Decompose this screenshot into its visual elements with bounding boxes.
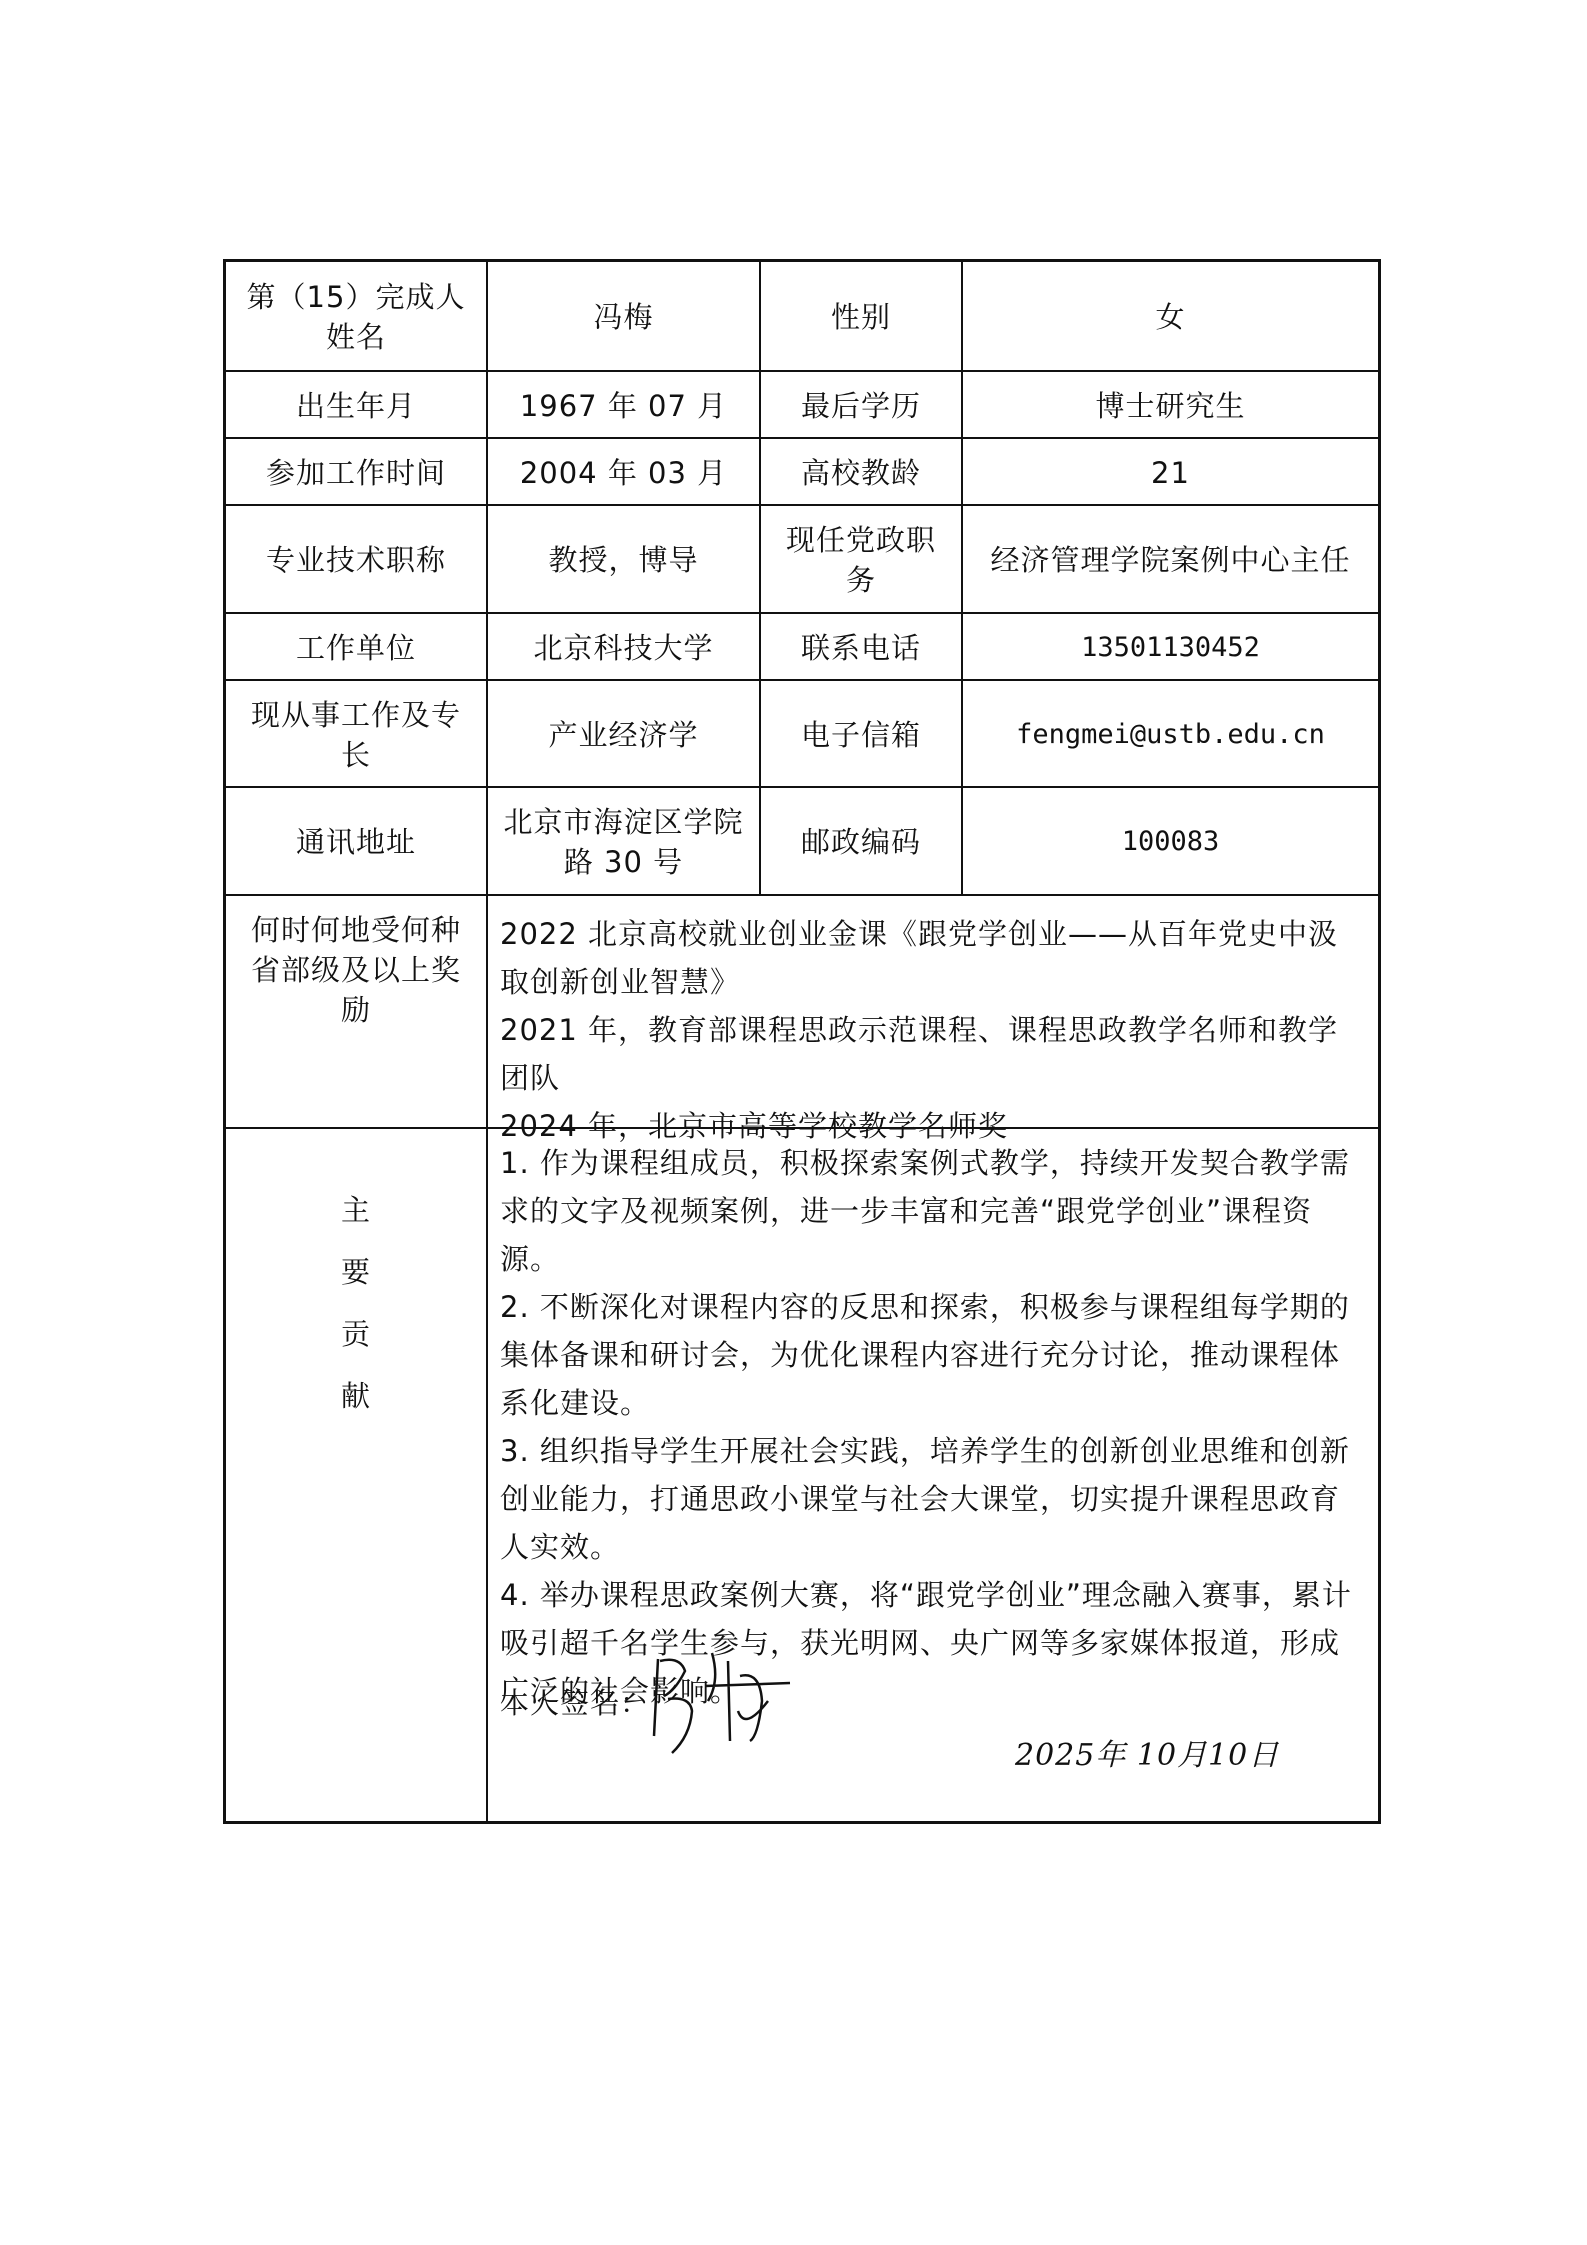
row-specialty: 现从事工作及专长 产业经济学 电子信箱 fengmei@ustb.edu.cn — [226, 679, 1378, 788]
email-label: 电子信箱 — [759, 681, 961, 788]
personal-info-form: 第（15）完成人姓名 冯梅 性别 女 出生年月 1967 年 07 月 最后学历… — [223, 259, 1381, 1824]
row-unit: 工作单位 北京科技大学 联系电话 13501130452 — [226, 612, 1378, 681]
signature-label: 本人签名： — [500, 1683, 650, 1723]
row-address: 通讯地址 北京市海淀区学院路 30 号 邮政编码 100083 — [226, 786, 1378, 896]
title-label: 专业技术职称 — [226, 506, 486, 614]
address-value: 北京市海淀区学院路 30 号 — [486, 788, 759, 896]
phone-value: 13501130452 — [961, 614, 1378, 681]
row-contributions: 主 要 贡 献 1. 作为课程组成员，积极探索案例式教学，持续开发契合教学需求的… — [226, 1127, 1378, 1821]
work-start-value: 2004 年 03 月 — [486, 439, 759, 506]
unit-label: 工作单位 — [226, 614, 486, 681]
handwritten-signature-icon — [650, 1641, 850, 1761]
row-title: 专业技术职称 教授，博导 现任党政职务 经济管理学院案例中心主任 — [226, 504, 1378, 614]
phone-label: 联系电话 — [759, 614, 961, 681]
signature-block: 本人签名： 2025年 10月10日 — [500, 1641, 1378, 1821]
contributions-label: 主 要 贡 献 — [226, 1129, 486, 1821]
awards-label: 何时何地受何种省部级及以上奖励 — [226, 896, 486, 1129]
birth-value: 1967 年 07 月 — [486, 372, 759, 439]
row-work-start: 参加工作时间 2004 年 03 月 高校教龄 21 — [226, 437, 1378, 506]
name-value: 冯梅 — [486, 262, 759, 372]
row-awards: 何时何地受何种省部级及以上奖励 2022 北京高校就业创业金课《跟党学创业——从… — [226, 894, 1378, 1129]
email-value: fengmei@ustb.edu.cn — [961, 681, 1378, 788]
post-value: 经济管理学院案例中心主任 — [961, 506, 1378, 614]
gender-label: 性别 — [759, 262, 961, 372]
post-label: 现任党政职务 — [759, 506, 961, 614]
award-item: 2022 北京高校就业创业金课《跟党学创业——从百年党史中汲取创新创业智慧》 — [500, 910, 1366, 1006]
contribution-item: 2. 不断深化对课程内容的反思和探索，积极参与课程组每学期的集体备课和研讨会，为… — [500, 1283, 1366, 1427]
contributions-list: 1. 作为课程组成员，积极探索案例式教学，持续开发契合教学需求的文字及视频案例，… — [486, 1129, 1378, 1821]
teaching-years-value: 21 — [961, 439, 1378, 506]
address-label: 通讯地址 — [226, 788, 486, 896]
gender-value: 女 — [961, 262, 1378, 372]
row-birth: 出生年月 1967 年 07 月 最后学历 博士研究生 — [226, 370, 1378, 439]
unit-value: 北京科技大学 — [486, 614, 759, 681]
education-value: 博士研究生 — [961, 372, 1378, 439]
work-start-label: 参加工作时间 — [226, 439, 486, 506]
teaching-years-label: 高校教龄 — [759, 439, 961, 506]
award-item: 2021 年，教育部课程思政示范课程、课程思政教学名师和教学团队 — [500, 1006, 1366, 1102]
awards-list: 2022 北京高校就业创业金课《跟党学创业——从百年党史中汲取创新创业智慧》 2… — [486, 896, 1378, 1129]
title-value: 教授，博导 — [486, 506, 759, 614]
specialty-value: 产业经济学 — [486, 681, 759, 788]
birth-label: 出生年月 — [226, 372, 486, 439]
name-label: 第（15）完成人姓名 — [226, 262, 486, 372]
contribution-item: 1. 作为课程组成员，积极探索案例式教学，持续开发契合教学需求的文字及视频案例，… — [500, 1139, 1366, 1283]
signature-date: 2025年 10月10日 — [1015, 1736, 1279, 1776]
zip-value: 100083 — [961, 788, 1378, 896]
education-label: 最后学历 — [759, 372, 961, 439]
row-name: 第（15）完成人姓名 冯梅 性别 女 — [226, 262, 1378, 372]
zip-label: 邮政编码 — [759, 788, 961, 896]
specialty-label: 现从事工作及专长 — [226, 681, 486, 788]
contribution-item: 3. 组织指导学生开展社会实践，培养学生的创新创业思维和创新创业能力，打通思政小… — [500, 1427, 1366, 1571]
